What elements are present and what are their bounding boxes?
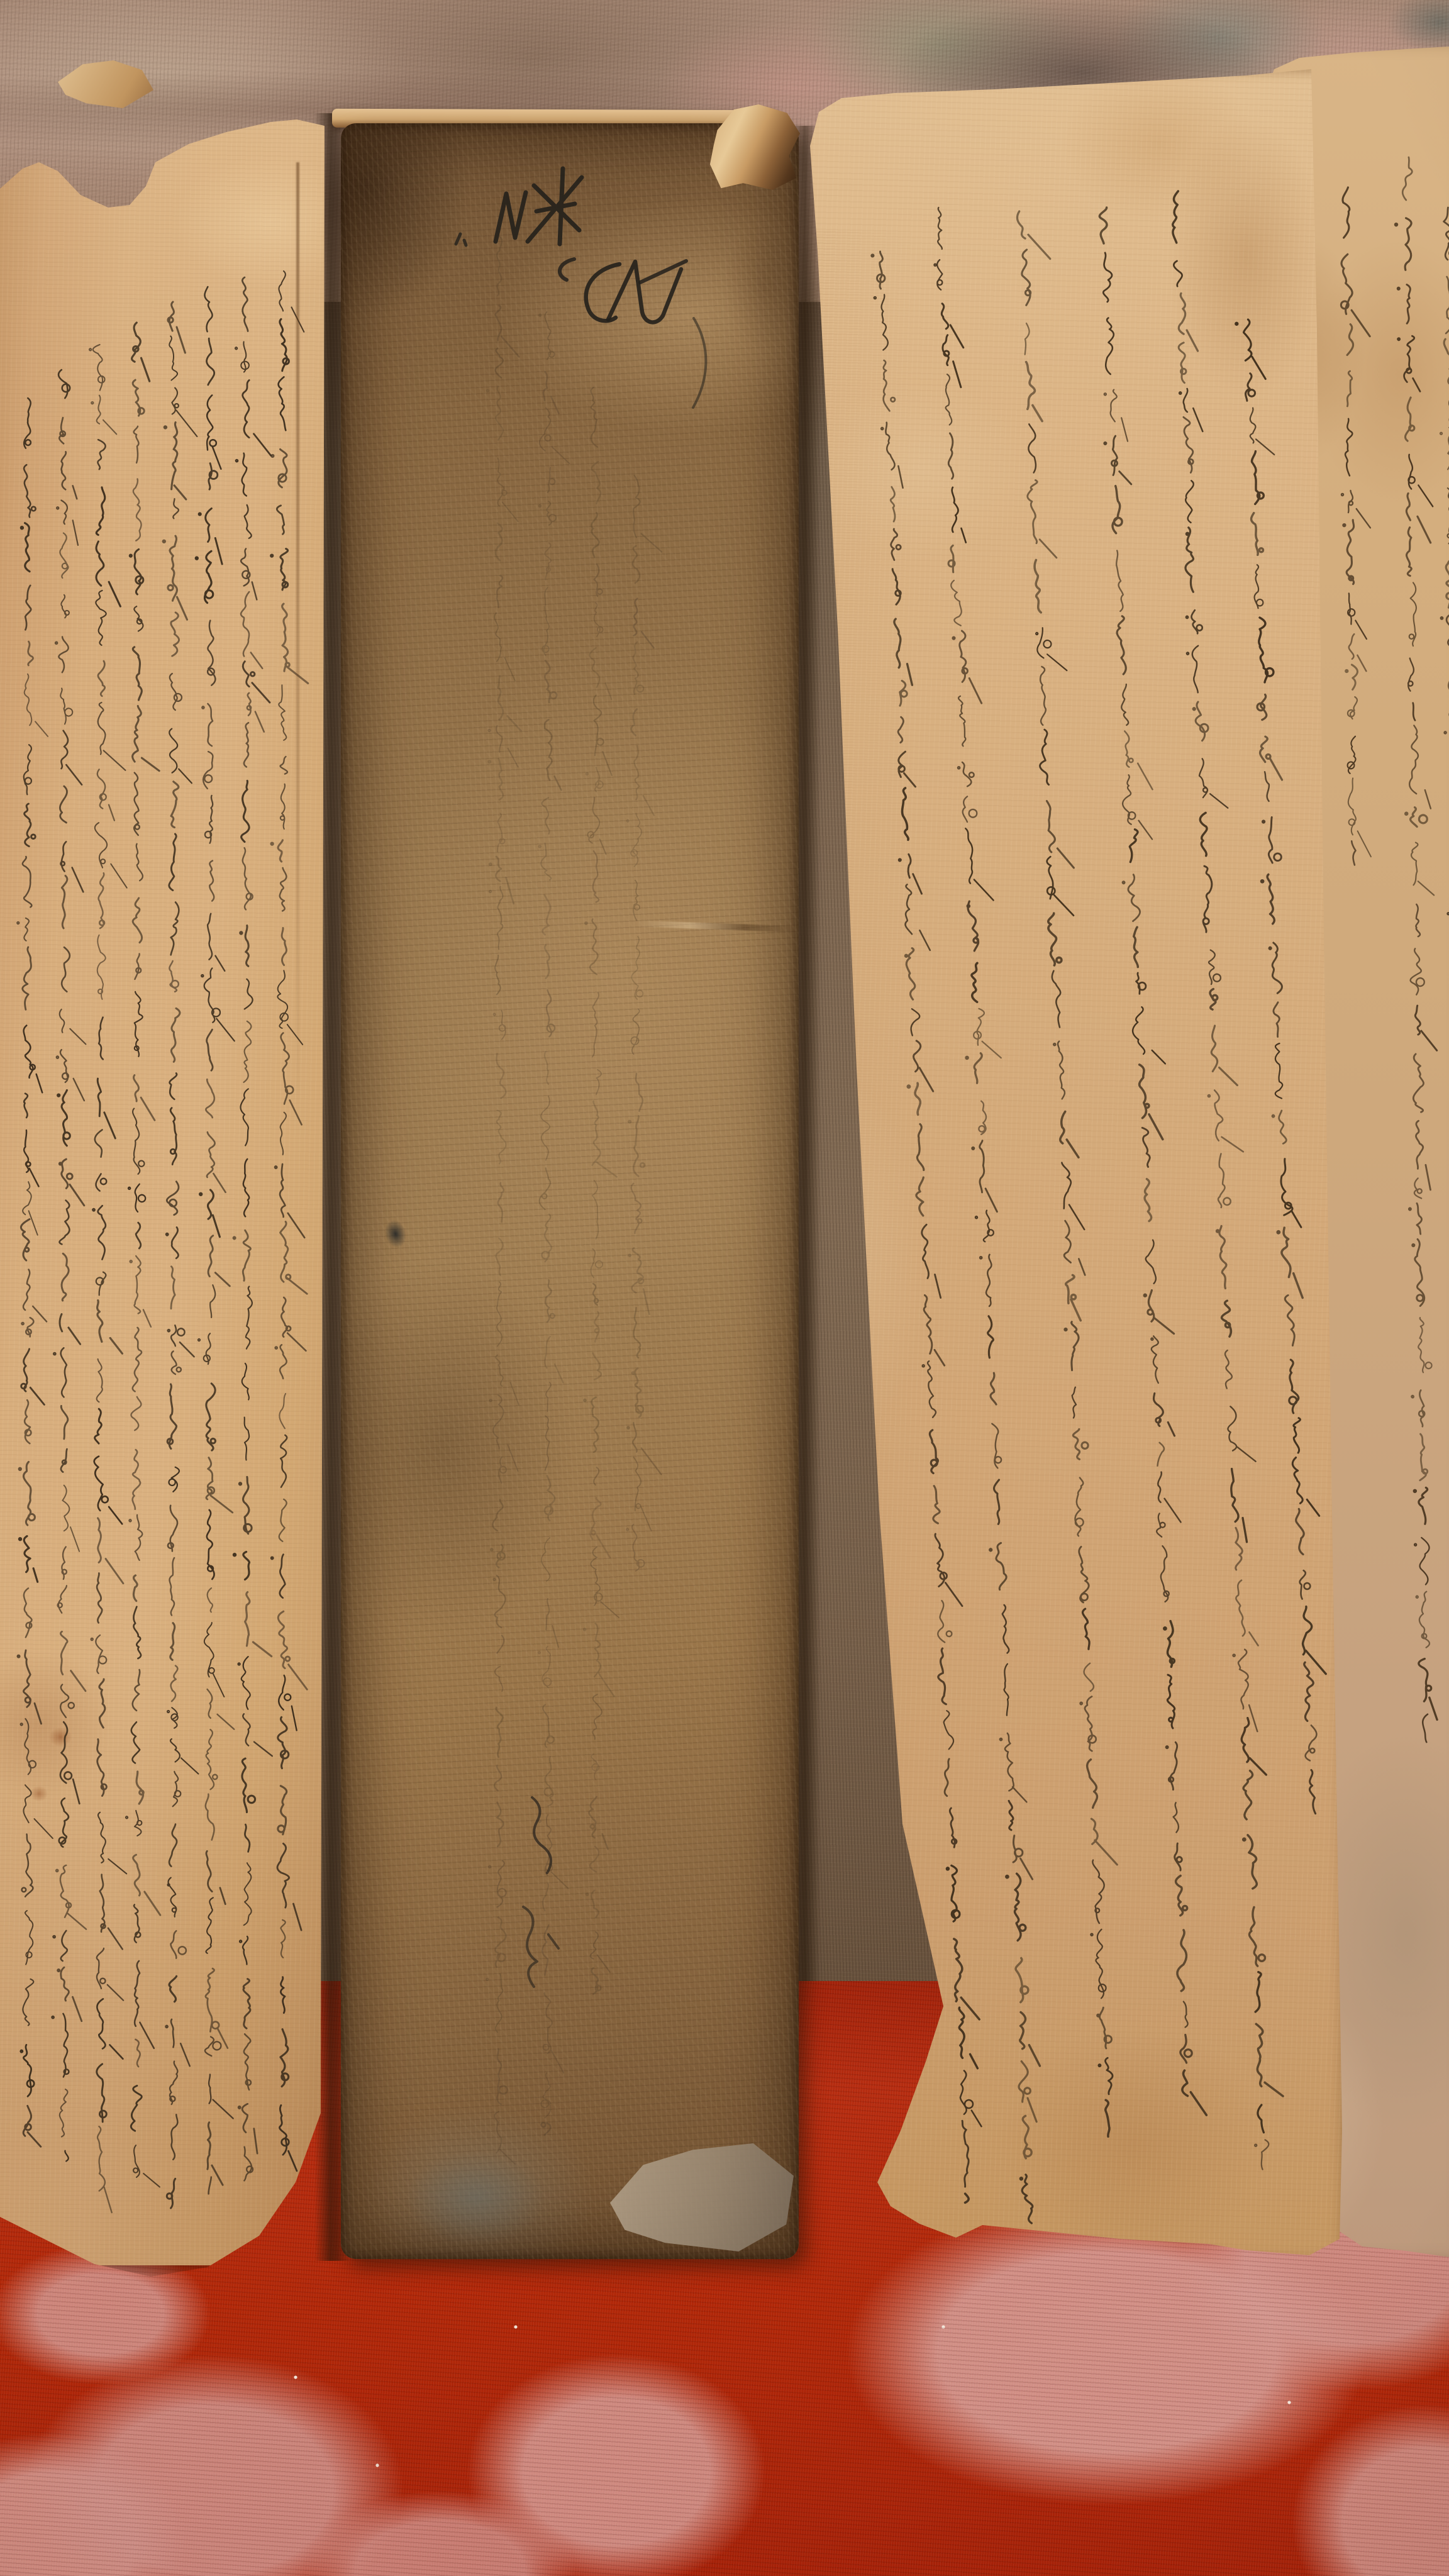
cover-grey-smudge <box>406 2151 545 2245</box>
left-folio-crease <box>296 162 299 1106</box>
manuscript-left-folio <box>0 114 325 2265</box>
left-folio-ink <box>0 114 325 2265</box>
manuscript-cover-board <box>341 123 799 2259</box>
photo-scene <box>0 0 1449 2576</box>
cover-board-ink <box>341 123 799 2259</box>
